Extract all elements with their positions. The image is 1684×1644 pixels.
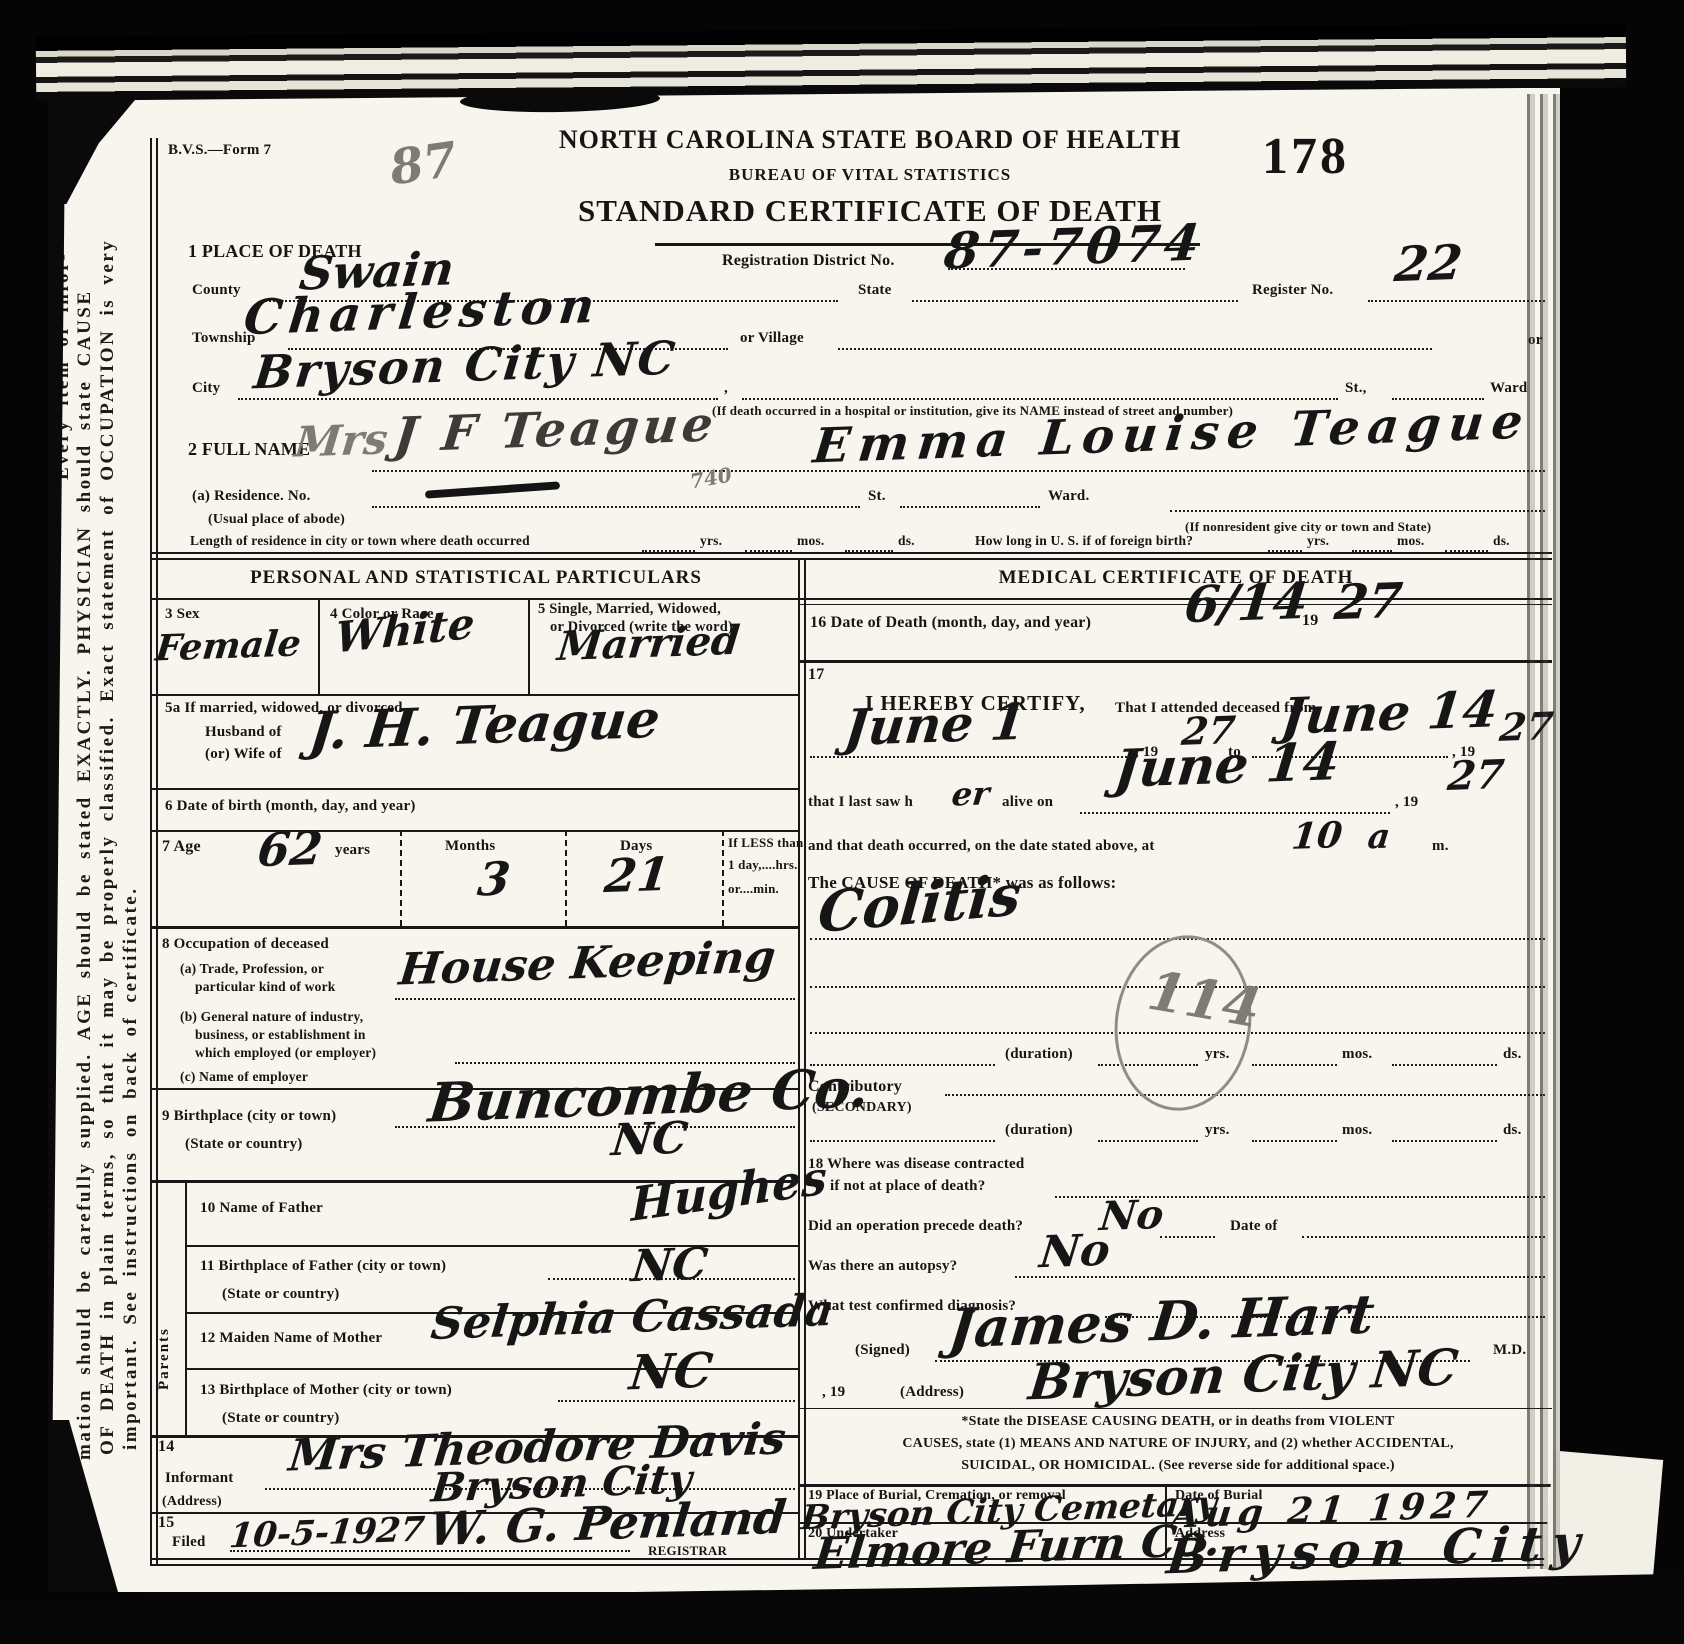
- date-of-label: Date of: [1230, 1218, 1278, 1235]
- occupation-b-label-2: business, or establishment in: [195, 1028, 366, 1043]
- registration-district-label: Registration District No.: [722, 252, 895, 270]
- date-of-death-value: 6/14: [1182, 576, 1310, 630]
- foreign-mos-label: mos.: [1397, 534, 1424, 549]
- sex-label: 3 Sex: [165, 606, 200, 623]
- residence-st-label: St.: [868, 488, 886, 505]
- duration-ds-label: ds.: [1503, 1046, 1522, 1063]
- saw-19-printed: , 19: [1395, 794, 1418, 811]
- margin-note-line4: important. See instructions on back of c…: [120, 880, 142, 1450]
- footnote-line-3: SUICIDAL, OR HOMICIDAL. (See reverse sid…: [806, 1458, 1550, 1473]
- less-than-label-1: If LESS than: [728, 836, 803, 850]
- city-value: Bryson City NC: [252, 335, 679, 396]
- st-label: St.,: [1345, 380, 1367, 397]
- duration2-line-3: [1392, 1140, 1497, 1142]
- informant-label: Informant: [165, 1470, 233, 1487]
- foreign-ds-label: ds.: [1493, 534, 1510, 549]
- duration-line-3: [1392, 1064, 1497, 1066]
- foreign-birth-label: How long in U. S. if of foreign birth?: [975, 534, 1193, 549]
- certificate-stamp-number: 178: [1262, 128, 1349, 185]
- rule-17-top: [800, 660, 1552, 663]
- operation-label: Did an operation precede death?: [808, 1218, 1023, 1235]
- filed-number: 15: [158, 1514, 174, 1532]
- city-comma: ,: [724, 380, 728, 397]
- length-mos-label: mos.: [797, 534, 824, 549]
- date-of-death-label: 16 Date of Death (month, day, and year): [810, 614, 1091, 632]
- residence-ward-label: Ward.: [1048, 488, 1089, 505]
- mother-bp-label: 13 Birthplace of Mother (city or town): [200, 1382, 452, 1399]
- last-saw-date: June 14: [1112, 736, 1342, 796]
- duration2-line-1: [1098, 1140, 1198, 1142]
- state-line: [912, 300, 1238, 302]
- occupation-b-label-1: (b) General nature of industry,: [180, 1010, 363, 1025]
- operation-line: [1160, 1236, 1215, 1238]
- duration-mos-label: mos.: [1342, 1046, 1372, 1063]
- birthplace-state-value: NC: [610, 1117, 690, 1164]
- rule-occupation-top: [152, 926, 800, 929]
- age-months-divider: [400, 830, 402, 926]
- occupation-value: House Keeping: [397, 935, 778, 992]
- foreign-yrs-label: yrs.: [1307, 534, 1329, 549]
- birthplace-sub-label: (State or country): [185, 1136, 302, 1153]
- husband-of-label: Husband of: [205, 724, 282, 741]
- village-line: [838, 348, 1432, 350]
- township-value: Charleston: [242, 282, 603, 342]
- address-rule: [800, 1408, 1552, 1409]
- duration-line-2: [1252, 1064, 1337, 1066]
- duration2-mos-label: mos.: [1342, 1122, 1372, 1139]
- mother-bp-line: [558, 1400, 795, 1402]
- occupation-b-label-3: which employed (or employer): [195, 1046, 376, 1061]
- months-value: 3: [476, 855, 513, 902]
- residence-st-line: [900, 506, 1040, 508]
- signed-label: (Signed): [855, 1342, 910, 1359]
- duration2-line-2: [1252, 1140, 1337, 1142]
- address-label: (Address): [900, 1384, 964, 1401]
- margin-note-line3: OF DEATH in plain terms, so that it may …: [97, 110, 119, 1455]
- parents-group-label: Parents: [156, 1250, 173, 1390]
- attended-from-value: June 1: [842, 697, 1028, 753]
- wife-of-label: (or) Wife of: [205, 746, 282, 763]
- autopsy-label: Was there an autopsy?: [808, 1258, 957, 1275]
- sex-race-divider: [318, 598, 320, 694]
- registration-district-value: 87-7074: [942, 218, 1206, 277]
- mother-label: 12 Maiden Name of Mother: [200, 1330, 382, 1347]
- registrar-signature: W. G. Penland: [427, 1494, 789, 1552]
- medical-header-rule: [800, 598, 1552, 600]
- length-ds-label: ds.: [898, 534, 915, 549]
- marital-value: Married: [556, 621, 742, 667]
- filed-label: Filed: [172, 1534, 206, 1551]
- duration2-yrs-label: yrs.: [1205, 1122, 1230, 1139]
- months-days-divider: [565, 830, 567, 926]
- birthplace-label: 9 Birthplace (city or town): [162, 1108, 336, 1125]
- abode-note: (Usual place of abode): [208, 512, 345, 527]
- register-no-label: Register No.: [1252, 282, 1333, 299]
- rule-dob-top: [152, 788, 800, 790]
- physician-address-value: Bryson City NC: [1026, 1343, 1460, 1408]
- filed-date-value: 10-5-1927: [228, 1513, 426, 1554]
- disease-contracted-label-2: if not at place of death?: [830, 1178, 985, 1195]
- sex-value: Female: [154, 625, 303, 666]
- marital-label-1: 5 Single, Married, Widowed,: [538, 602, 721, 618]
- cause-of-death-value: Colitis: [816, 867, 1023, 941]
- disease-contracted-label-1: 18 Where was disease contracted: [808, 1156, 1024, 1173]
- days-value: 21: [602, 851, 671, 899]
- section-divider-top: [152, 552, 1552, 560]
- residence-label: (a) Residence. No.: [192, 488, 311, 505]
- occupation-a-label-1: (a) Trade, Profession, or: [180, 962, 324, 977]
- full-name-mrs: Mrs: [293, 418, 390, 463]
- last-saw-er: er: [950, 777, 991, 810]
- father-label: 10 Name of Father: [200, 1200, 323, 1217]
- length-residence-label: Length of residence in city or town wher…: [190, 534, 530, 549]
- form-number: B.V.S.—Form 7: [168, 142, 271, 159]
- father-bp-value: NC: [630, 1243, 710, 1290]
- days-less-divider: [722, 830, 724, 926]
- state-label: State: [858, 282, 892, 299]
- residence-no-line: [372, 506, 860, 508]
- saw-year-value: 27: [1446, 755, 1506, 797]
- duration2-ds-label: ds.: [1503, 1122, 1522, 1139]
- medical-section-header: MEDICAL CERTIFICATE OF DEATH: [800, 568, 1552, 589]
- duration-label: (duration): [1005, 1046, 1073, 1063]
- age-value: 62: [255, 825, 324, 873]
- occupation-a-label-2: particular kind of work: [195, 980, 336, 995]
- last-saw-label-2: alive on: [1002, 794, 1053, 811]
- mother-bp-value: NC: [627, 1347, 714, 1398]
- less-than-label-3: or....min.: [728, 882, 779, 896]
- death-time-value: 10: [1290, 817, 1344, 855]
- full-name-pencil: J F Teague: [392, 400, 720, 459]
- spouse-value: J. H. Teague: [307, 694, 663, 758]
- autopsy-value: No: [1038, 1229, 1113, 1275]
- or-village-label: or Village: [740, 330, 804, 347]
- father-bp-label: 11 Birthplace of Father (city or town): [200, 1258, 446, 1275]
- street-line: [742, 398, 1338, 400]
- medical-header-rule2: [800, 604, 1552, 605]
- father-bp-sub-label: (State or country): [222, 1286, 339, 1303]
- scanned-death-certificate: Every item of infor- mation should be ca…: [0, 0, 1684, 1644]
- full-name-label: 2 FULL NAME: [188, 440, 310, 460]
- contributory-line: [945, 1094, 1545, 1096]
- less-than-label-2: 1 day,....hrs.: [728, 858, 798, 872]
- scan-edge-right-texture: [1522, 94, 1560, 1569]
- occupation-label: 8 Occupation of deceased: [162, 936, 329, 953]
- city-label: City: [192, 380, 220, 397]
- operation-date-line: [1302, 1236, 1545, 1238]
- last-saw-label-1: that I last saw h: [808, 794, 913, 811]
- duration2-label: (duration): [1005, 1122, 1073, 1139]
- autopsy-line: [1015, 1276, 1545, 1278]
- dob-label: 6 Date of birth (month, day, and year): [165, 798, 416, 815]
- register-no-value: 22: [1392, 239, 1464, 289]
- informant-address-label: (Address): [162, 1494, 222, 1509]
- board-title: NORTH CAROLINA STATE BOARD OF HEALTH: [430, 126, 1310, 155]
- pencil-number: 87: [387, 136, 460, 193]
- dod-year-value: 27: [1332, 577, 1404, 627]
- occupation-c-label: (c) Name of employer: [180, 1070, 308, 1085]
- sig-19-printed: , 19: [822, 1384, 845, 1401]
- certify-number: 17: [808, 666, 824, 684]
- stray-pencil-mark: 740: [689, 465, 734, 492]
- years-label: years: [335, 842, 370, 859]
- death-occurred-label: and that death occurred, on the date sta…: [808, 838, 1155, 855]
- informant-number: 14: [158, 1438, 174, 1456]
- undertaker-address-value: Bryson City: [1165, 1519, 1593, 1582]
- death-ampm-value: a: [1366, 820, 1392, 855]
- margin-note-line2: mation should be carefully supplied. AGE…: [74, 100, 96, 1460]
- parents-inner-border: [185, 1180, 187, 1435]
- footnote-line-1: *State the DISEASE CAUSING DEATH, or in …: [806, 1414, 1550, 1429]
- age-label: 7 Age: [162, 838, 201, 856]
- bureau-subtitle: BUREAU OF VITAL STATISTICS: [430, 166, 1310, 185]
- duration2-line-0: [810, 1140, 995, 1142]
- footnote-line-2: CAUSES, state (1) MEANS AND NATURE OF IN…: [806, 1436, 1550, 1451]
- mother-bp-sub-label: (State or country): [222, 1410, 339, 1427]
- register-no-line: [1368, 300, 1545, 302]
- rule-age-top: [152, 830, 800, 832]
- race-marital-divider: [528, 598, 530, 694]
- occupation-a-line: [395, 998, 795, 1000]
- county-label: County: [192, 282, 241, 299]
- length-yrs-label: yrs.: [700, 534, 722, 549]
- full-name-line: [372, 470, 1545, 472]
- personal-section-header: PERSONAL AND STATISTICAL PARTICULARS: [152, 568, 800, 589]
- m-label: m.: [1432, 838, 1449, 855]
- residence-ward-line: [1170, 510, 1545, 512]
